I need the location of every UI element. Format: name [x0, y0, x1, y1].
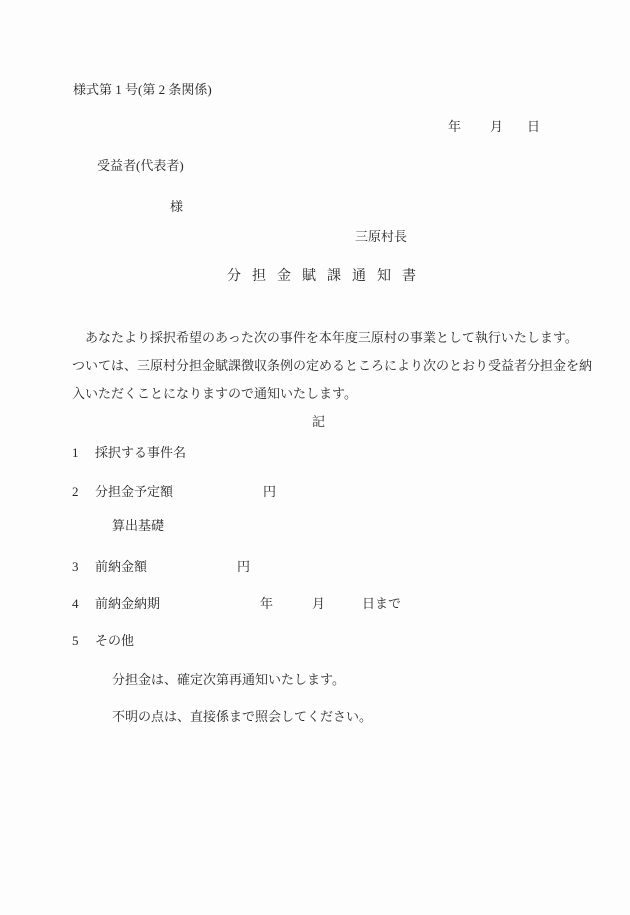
currency-unit-label: 円: [263, 483, 276, 501]
note-line: 分担金は、確定次第再通知いたします。: [112, 671, 345, 689]
item-label: 分担金予定額: [95, 483, 173, 501]
item-number: 4: [72, 595, 79, 613]
document-title: 分担金賦課通知書: [227, 268, 427, 286]
item-number: 1: [72, 444, 79, 462]
item-label: 前納金納期: [95, 595, 160, 613]
due-year-label: 年: [260, 595, 273, 613]
recipient-honorific: 様: [170, 198, 183, 216]
due-month-label: 月: [312, 595, 325, 613]
note-line: 不明の点は、直接係まで照会してください。: [112, 708, 372, 726]
item-number: 2: [72, 483, 79, 501]
item-number: 3: [72, 558, 79, 576]
item-label: 採択する事件名: [95, 444, 186, 462]
issuer-name: 三原村長: [355, 228, 407, 246]
recipient-label: 受益者(代表者): [97, 157, 184, 175]
body-line: あなたより採択希望のあった次の事件を本年度三原村の事業として執行いたします。: [85, 329, 578, 347]
body-line: ついては、三原村分担金賦課徴収条例の定めるところにより次のとおり受益者分担金を納: [72, 357, 592, 375]
document-page: 様式第 1 号(第 2 条関係) 年 月 日 受益者(代表者) 様 三原村長 分…: [0, 0, 630, 915]
due-day-label: 日まで: [362, 595, 401, 613]
item-number: 5: [72, 632, 79, 650]
date-day-label: 日: [527, 118, 540, 136]
currency-unit-label: 円: [237, 558, 250, 576]
form-number: 様式第 1 号(第 2 条関係): [73, 81, 212, 99]
body-line: 入いただくことになりますので通知いたします。: [72, 385, 357, 403]
calc-basis-label: 算出基礎: [112, 517, 164, 535]
section-marker: 記: [312, 413, 325, 431]
item-label: その他: [95, 632, 134, 650]
date-year-label: 年: [448, 118, 461, 136]
date-month-label: 月: [490, 118, 503, 136]
item-label: 前納金額: [95, 558, 147, 576]
